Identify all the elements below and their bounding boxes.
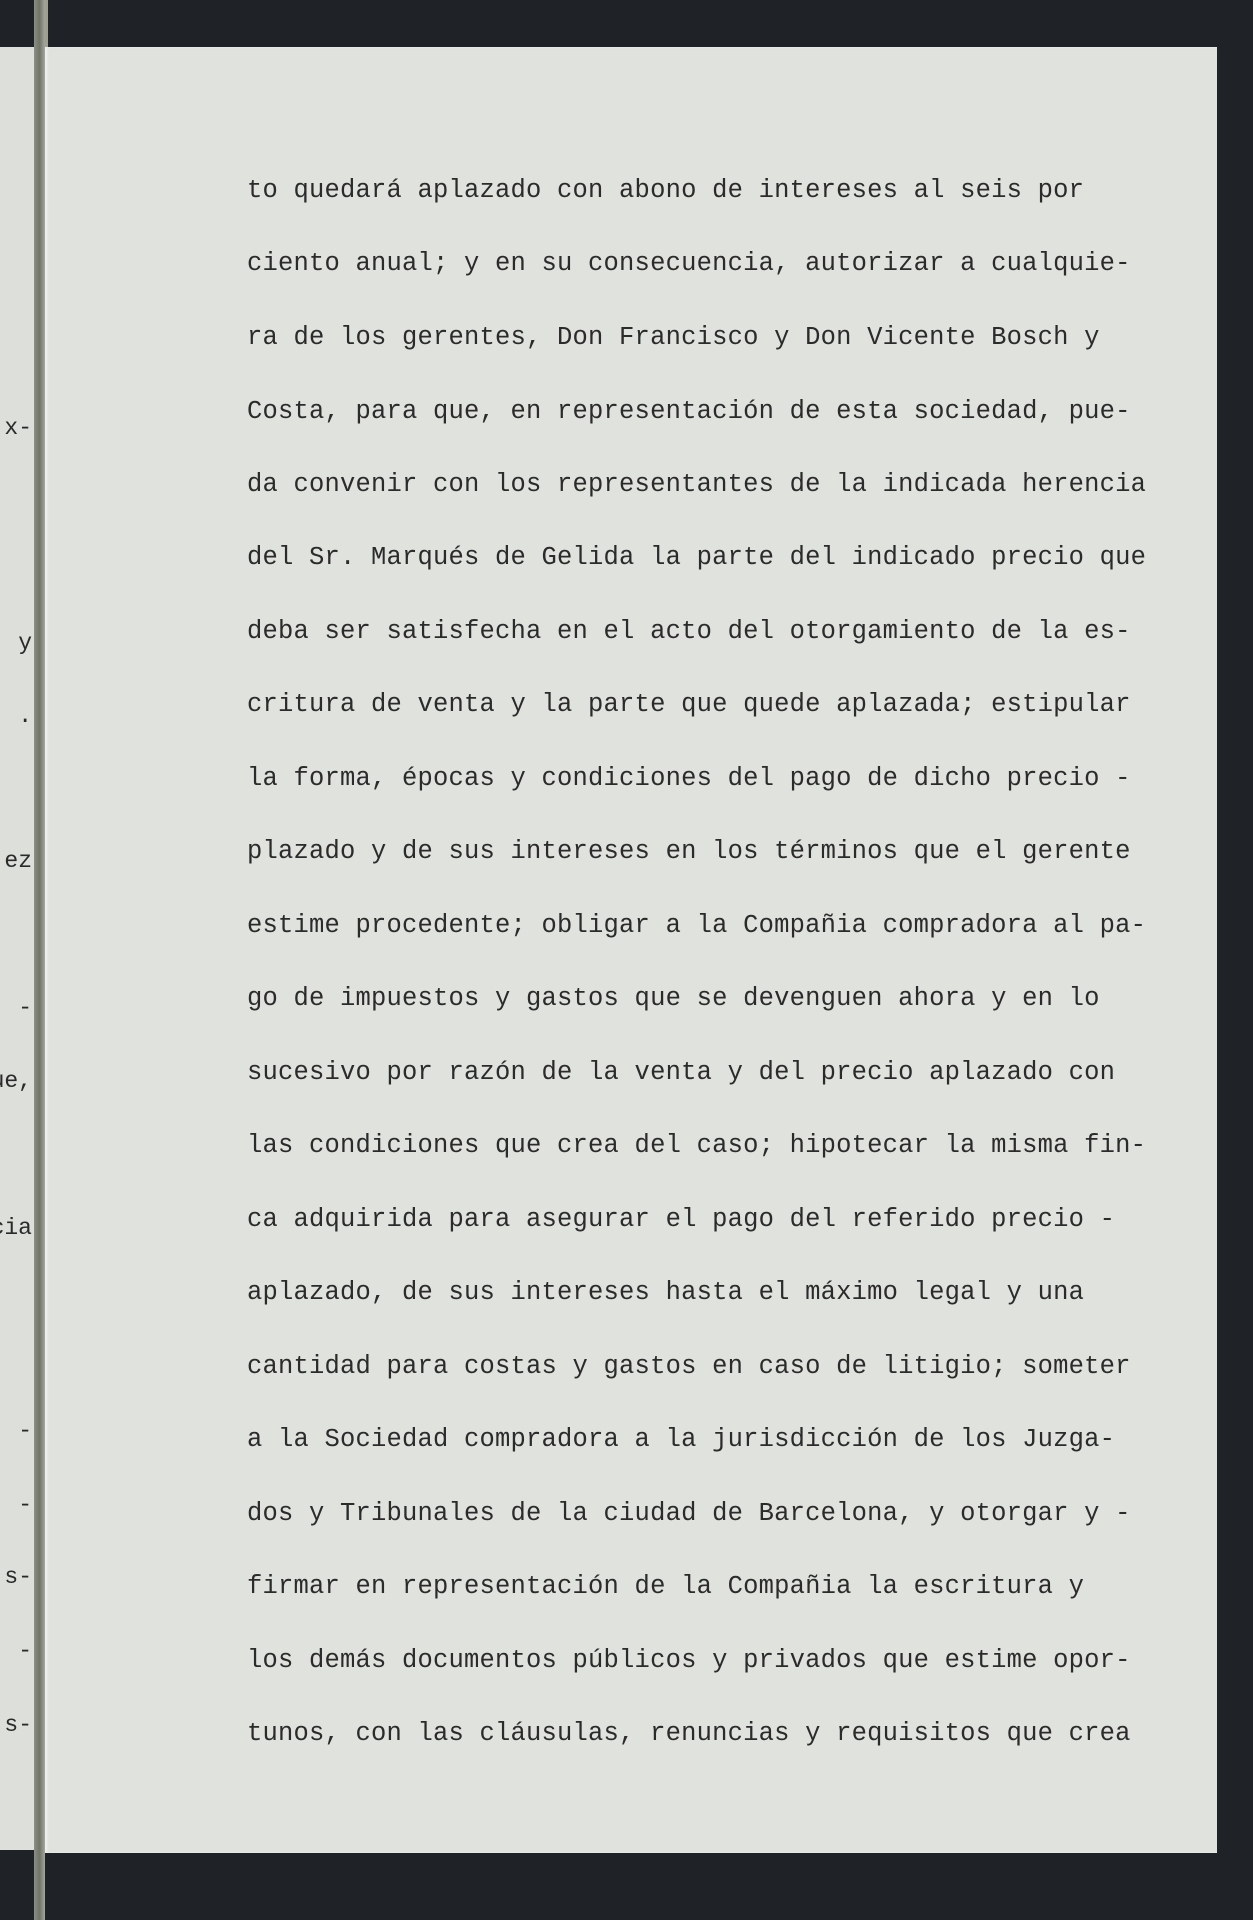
previous-page-fragment: x- bbox=[4, 415, 32, 441]
text-line: la forma, épocas y condiciones del pago … bbox=[247, 764, 1131, 793]
text-line: ra de los gerentes, Don Francisco y Don … bbox=[247, 323, 1100, 352]
previous-page-fragment: ue, bbox=[0, 1068, 32, 1094]
text-line: deba ser satisfecha en el acto del otorg… bbox=[247, 617, 1131, 646]
text-line: ca adquirida para asegurar el pago del r… bbox=[247, 1205, 1115, 1234]
previous-page-edge: x- y . ez - ue, cia - - s- - s- bbox=[0, 47, 34, 1850]
text-line: sucesivo por razón de la venta y del pre… bbox=[247, 1058, 1115, 1087]
book-gutter bbox=[34, 0, 45, 1920]
previous-page-fragment: cia bbox=[0, 1215, 32, 1241]
text-line: dos y Tribunales de la ciudad de Barcelo… bbox=[247, 1499, 1131, 1528]
text-line: del Sr. Marqués de Gelida la parte del i… bbox=[247, 543, 1146, 572]
text-line: plazado y de sus intereses en los términ… bbox=[247, 837, 1131, 866]
text-line: to quedará aplazado con abono de interes… bbox=[247, 176, 1084, 205]
text-line: go de impuestos y gastos que se devengue… bbox=[247, 984, 1100, 1013]
text-line: ciento anual; y en su consecuencia, auto… bbox=[247, 249, 1131, 278]
previous-page-fragment: - bbox=[18, 1418, 32, 1444]
text-line: Costa, para que, en representación de es… bbox=[247, 397, 1131, 426]
text-line: critura de venta y la parte que quede ap… bbox=[247, 690, 1131, 719]
previous-page-fragment: s- bbox=[4, 1564, 32, 1590]
text-line: a la Sociedad compradora a la jurisdicci… bbox=[247, 1425, 1115, 1454]
text-line: firmar en representación de la Compañia … bbox=[247, 1572, 1084, 1601]
text-line: cantidad para costas y gastos en caso de… bbox=[247, 1352, 1131, 1381]
document-page: to quedará aplazado con abono de interes… bbox=[45, 47, 1217, 1853]
previous-page-fragment: - bbox=[18, 1492, 32, 1518]
text-line: tunos, con las cláusulas, renuncias y re… bbox=[247, 1719, 1131, 1748]
previous-page-fragment: . bbox=[18, 703, 32, 729]
text-line: los demás documentos públicos y privados… bbox=[247, 1646, 1131, 1675]
text-line: estime procedente; obligar a la Compañia… bbox=[247, 911, 1146, 940]
previous-page-fragment: s- bbox=[4, 1712, 32, 1738]
text-line: da convenir con los representantes de la… bbox=[247, 470, 1146, 499]
previous-page-fragment: ez bbox=[4, 848, 32, 874]
previous-page-fragment: - bbox=[18, 995, 32, 1021]
text-line: las condiciones que crea del caso; hipot… bbox=[247, 1131, 1146, 1160]
text-line: aplazado, de sus intereses hasta el máxi… bbox=[247, 1278, 1084, 1307]
previous-page-fragment: y bbox=[18, 630, 32, 656]
previous-page-fragment: - bbox=[18, 1638, 32, 1664]
